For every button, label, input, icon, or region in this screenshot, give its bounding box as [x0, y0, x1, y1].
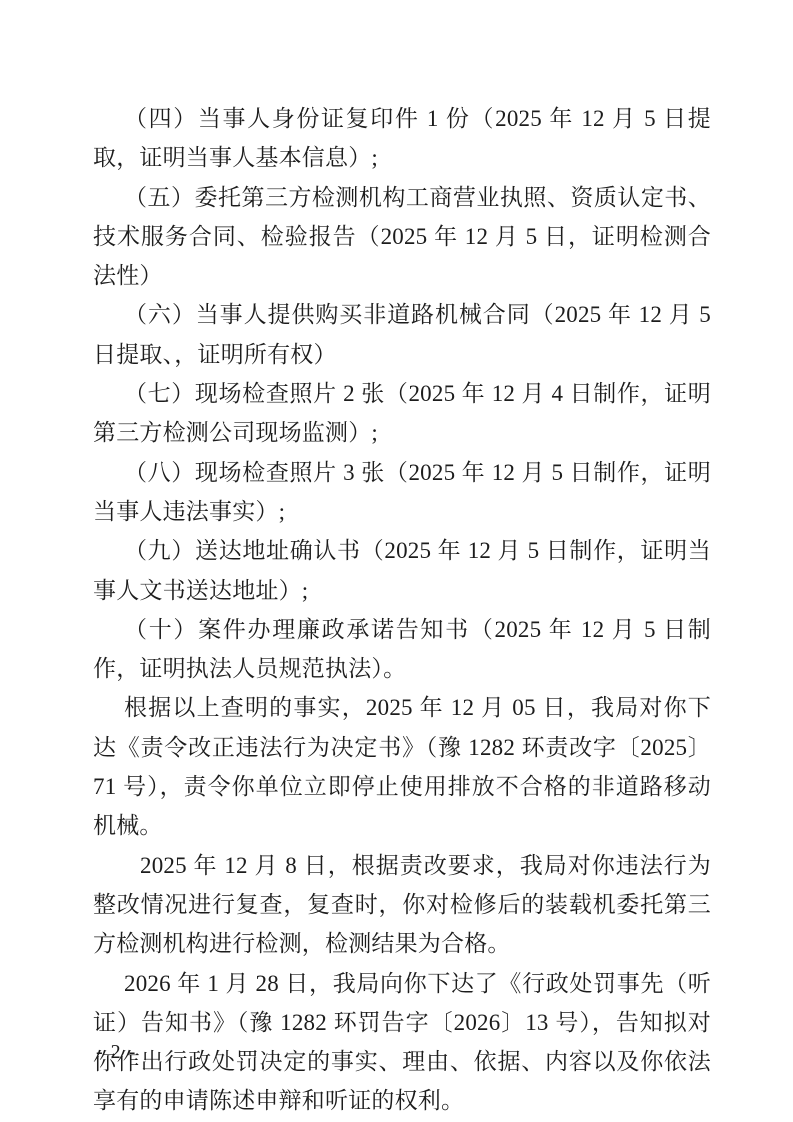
page-number: - 2 -: [96, 1041, 137, 1064]
paragraph-recheck-result: 2025 年 12 月 8 日，根据责改要求，我局对你违法行为整改情况进行复查，…: [93, 846, 711, 964]
paragraph-evidence-item-9: （九）送达地址确认书（2025 年 12 月 5 日制作，证明当事人文书送达地址…: [93, 531, 711, 610]
paragraph-penalty-notice: 2026 年 1 月 28 日，我局向你下达了《行政处罚事先（听证）告知书》（豫…: [93, 964, 711, 1121]
document-page: （四）当事人身份证复印件 1 份（2025 年 12 月 5 日提取，证明当事人…: [0, 0, 793, 1122]
paragraph-evidence-item-5: （五）委托第三方检测机构工商营业执照、资质认定书、技术服务合同、检验报告（202…: [93, 178, 711, 296]
paragraph-evidence-item-7: （七）现场检查照片 2 张（2025 年 12 月 4 日制作，证明第三方检测公…: [93, 374, 711, 453]
document-body: （四）当事人身份证复印件 1 份（2025 年 12 月 5 日提取，证明当事人…: [93, 99, 711, 1121]
paragraph-correction-order: 根据以上查明的事实，2025 年 12 月 05 日，我局对你下达《责令改正违法…: [93, 688, 711, 845]
paragraph-evidence-item-10: （十）案件办理廉政承诺告知书（2025 年 12 月 5 日制作，证明执法人员规…: [93, 610, 711, 689]
paragraph-evidence-item-4: （四）当事人身份证复印件 1 份（2025 年 12 月 5 日提取，证明当事人…: [93, 99, 711, 178]
paragraph-evidence-item-6: （六）当事人提供购买非道路机械合同（2025 年 12 月 5 日提取、，证明所…: [93, 295, 711, 374]
paragraph-evidence-item-8: （八）现场检查照片 3 张（2025 年 12 月 5 日制作，证明当事人违法事…: [93, 453, 711, 532]
